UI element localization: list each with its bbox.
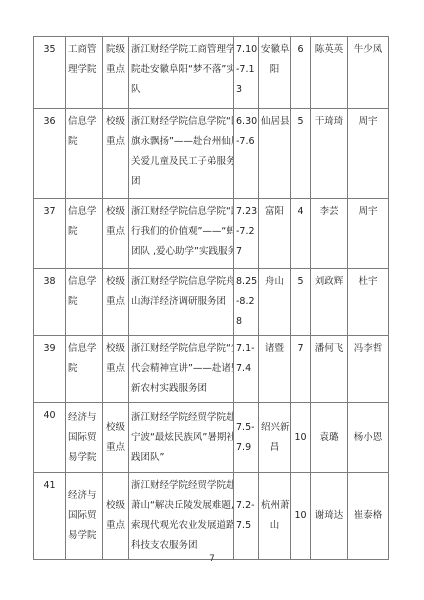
cell-line: 践团队” bbox=[131, 448, 231, 468]
level-cell: 校级重点 bbox=[103, 109, 129, 199]
cell-line: 院 bbox=[68, 292, 100, 312]
cell-line: 潘何飞 bbox=[313, 339, 345, 359]
cell-line: 周宇 bbox=[350, 112, 386, 132]
location-cell: 杭州萧山 bbox=[259, 473, 291, 560]
cell-line: 团 bbox=[131, 172, 231, 192]
member-count-cell: 6 bbox=[291, 37, 311, 109]
level-cell: 校级重点 bbox=[103, 336, 129, 403]
dates-cell: 7.10.-7.13 bbox=[234, 37, 259, 109]
row-number-cell: 36 bbox=[34, 109, 66, 199]
cell-line: 6.30 bbox=[236, 112, 256, 132]
level-cell: 校级重点 bbox=[103, 403, 129, 473]
cell-line: 浙江财经学院工商管理学 bbox=[131, 40, 231, 60]
cell-line: 校级 bbox=[105, 112, 126, 132]
table-row: 35工商管理学院院级重点浙江财经学院工商管理学院赴安徽阜阳“梦不落”实践队7.1… bbox=[34, 37, 389, 109]
team-name-cell: 浙江财经学院经贸学院赴萧山“解决丘陵发展难题,探索现代观光农业发展道路”科技支农… bbox=[129, 473, 234, 560]
cell-line: 谢琦达 bbox=[313, 506, 345, 526]
person2-cell: 崔泰格 bbox=[348, 473, 389, 560]
cell-line: 杨小恩 bbox=[350, 428, 386, 448]
cell-line: 校级 bbox=[105, 202, 126, 222]
table-row: 40经济与国际贸易学院校级重点浙江财经学院经贸学院赴宁波“最炫民族风”暑期社实践… bbox=[34, 403, 389, 473]
cell-line: 7.1- bbox=[236, 339, 256, 359]
cell-line: 38 bbox=[36, 272, 63, 292]
person1-cell: 袁璐 bbox=[311, 403, 348, 473]
row-number-cell: 35 bbox=[34, 37, 66, 109]
cell-line: 院级 bbox=[105, 40, 126, 60]
dates-cell: 8.25-8.28 bbox=[234, 269, 259, 336]
person2-cell: 冯李哲 bbox=[348, 336, 389, 403]
member-count-cell: 5 bbox=[291, 269, 311, 336]
cell-line: 信息学 bbox=[68, 272, 100, 292]
cell-line: -7.6 bbox=[236, 132, 256, 152]
cell-line: 重点 bbox=[105, 60, 126, 80]
cell-line: 袁璐 bbox=[313, 428, 345, 448]
cell-line: 浙江财经学院经贸学院赴 bbox=[131, 408, 231, 428]
team-name-cell: 浙江财经学院工商管理学院赴安徽阜阳“梦不落”实践队 bbox=[129, 37, 234, 109]
cell-line: 干琦琦 bbox=[313, 112, 345, 132]
college-cell: 信息学院 bbox=[66, 336, 103, 403]
cell-line: 舟山 bbox=[261, 272, 288, 292]
member-count-cell: 10 bbox=[291, 473, 311, 560]
cell-line: 39 bbox=[36, 339, 63, 359]
team-name-cell: 浙江财经学院信息学院“团旗永飘扬”——赴台州仙居关爱儿童及民工子弟服务团 bbox=[129, 109, 234, 199]
person1-cell: 干琦琦 bbox=[311, 109, 348, 199]
location-cell: 富阳 bbox=[259, 199, 291, 269]
cell-line: 7.10. bbox=[236, 40, 256, 60]
table-row: 37信息学院校级重点浙江财经学院信息学院“践行我们的价值观”——“蚂蚁团队 ,爱… bbox=[34, 199, 389, 269]
cell-line: 37 bbox=[36, 202, 63, 222]
cell-line: 40 bbox=[36, 406, 63, 426]
cell-line: 冯李哲 bbox=[350, 339, 386, 359]
table-row: 36信息学院校级重点浙江财经学院信息学院“团旗永飘扬”——赴台州仙居关爱儿童及民… bbox=[34, 109, 389, 199]
person2-cell: 周宇 bbox=[348, 199, 389, 269]
cell-line: 8 bbox=[236, 312, 256, 332]
person2-cell: 杜宇 bbox=[348, 269, 389, 336]
cell-line: 6 bbox=[293, 40, 308, 60]
member-count-cell: 10 bbox=[291, 403, 311, 473]
location-cell: 仙居县 bbox=[259, 109, 291, 199]
dates-cell: 7.2-7.5 bbox=[234, 473, 259, 560]
cell-line: 重点 bbox=[105, 132, 126, 152]
cell-line: 关爱儿童及民工子弟服务 bbox=[131, 152, 231, 172]
member-count-cell: 7 bbox=[291, 336, 311, 403]
cell-line: 浙江财经学院信息学院“团 bbox=[131, 112, 231, 132]
person1-cell: 潘何飞 bbox=[311, 336, 348, 403]
cell-line: 信息学 bbox=[68, 202, 100, 222]
cell-line: 36 bbox=[36, 112, 63, 132]
dates-cell: 7.1-7.4 bbox=[234, 336, 259, 403]
team-name-cell: 浙江财经学院经贸学院赴宁波“最炫民族风”暑期社实践团队” bbox=[129, 403, 234, 473]
cell-line: 7 bbox=[293, 339, 308, 359]
cell-line: 经济与 bbox=[68, 486, 100, 506]
cell-line: 5 bbox=[293, 272, 308, 292]
cell-line: 陈英英 bbox=[313, 40, 345, 60]
table-row: 41经济与国际贸易学院校级重点浙江财经学院经贸学院赴萧山“解决丘陵发展难题,探索… bbox=[34, 473, 389, 560]
cell-line: 院 bbox=[68, 132, 100, 152]
cell-line: 院 bbox=[68, 359, 100, 379]
level-cell: 校级重点 bbox=[103, 473, 129, 560]
cell-line: 新农村实践服务团 bbox=[131, 379, 231, 399]
cell-line: 理学院 bbox=[68, 60, 100, 80]
location-cell: 舟山 bbox=[259, 269, 291, 336]
cell-line: 7.4 bbox=[236, 359, 256, 379]
cell-line: 富阳 bbox=[261, 202, 288, 222]
cell-line: 院赴安徽阜阳“梦不落”实践 bbox=[131, 60, 231, 80]
cell-line: 7 bbox=[236, 242, 256, 262]
cell-line: 重点 bbox=[105, 292, 126, 312]
cell-line: 队 bbox=[131, 80, 231, 100]
cell-line: 仙居县 bbox=[261, 112, 288, 132]
level-cell: 校级重点 bbox=[103, 199, 129, 269]
cell-line: 浙江财经学院经贸学院赴 bbox=[131, 476, 231, 496]
college-cell: 工商管理学院 bbox=[66, 37, 103, 109]
college-cell: 经济与国际贸易学院 bbox=[66, 473, 103, 560]
team-name-cell: 浙江财经学院信息学院舟山海洋经济调研服务团 bbox=[129, 269, 234, 336]
college-cell: 信息学院 bbox=[66, 199, 103, 269]
cell-line: 信息学 bbox=[68, 112, 100, 132]
dates-cell: 6.30-7.6 bbox=[234, 109, 259, 199]
level-cell: 校级重点 bbox=[103, 269, 129, 336]
cell-line: 信息学 bbox=[68, 339, 100, 359]
cell-line: 经济与 bbox=[68, 408, 100, 428]
cell-line: 7.2- bbox=[236, 496, 256, 516]
cell-line: 重点 bbox=[105, 359, 126, 379]
team-name-cell: 浙江财经学院信息学院“党代会精神宣讲”——赴诸暨新农村实践服务团 bbox=[129, 336, 234, 403]
document-page: 35工商管理学院院级重点浙江财经学院工商管理学院赴安徽阜阳“梦不落”实践队7.1… bbox=[0, 0, 424, 600]
cell-line: 7.5- bbox=[236, 418, 256, 438]
cell-line: 科技支农服务团 bbox=[131, 536, 231, 556]
cell-line: 杭州萧 bbox=[261, 496, 288, 516]
cell-line: 诸暨 bbox=[261, 339, 288, 359]
cell-line: 7.23 bbox=[236, 202, 256, 222]
cell-line: 校级 bbox=[105, 339, 126, 359]
cell-line: 7.5 bbox=[236, 516, 256, 536]
location-cell: 诸暨 bbox=[259, 336, 291, 403]
cell-line: 刘政辉 bbox=[313, 272, 345, 292]
cell-line: 重点 bbox=[105, 516, 126, 536]
cell-line: 4 bbox=[293, 202, 308, 222]
cell-line: 5 bbox=[293, 112, 308, 132]
teams-table: 35工商管理学院院级重点浙江财经学院工商管理学院赴安徽阜阳“梦不落”实践队7.1… bbox=[33, 36, 389, 560]
cell-line: 崔泰格 bbox=[350, 506, 386, 526]
cell-line: 浙江财经学院信息学院舟 bbox=[131, 272, 231, 292]
row-number-cell: 38 bbox=[34, 269, 66, 336]
member-count-cell: 5 bbox=[291, 109, 311, 199]
college-cell: 信息学院 bbox=[66, 109, 103, 199]
college-cell: 经济与国际贸易学院 bbox=[66, 403, 103, 473]
person1-cell: 李芸 bbox=[311, 199, 348, 269]
team-name-cell: 浙江财经学院信息学院“践行我们的价值观”——“蚂蚁团队 ,爱心助学”实践服务团 bbox=[129, 199, 234, 269]
cell-line: 国际贸 bbox=[68, 428, 100, 448]
cell-line: 阳 bbox=[261, 60, 288, 80]
cell-line: 工商管 bbox=[68, 40, 100, 60]
person2-cell: 杨小恩 bbox=[348, 403, 389, 473]
row-number-cell: 39 bbox=[34, 336, 66, 403]
person1-cell: 陈英英 bbox=[311, 37, 348, 109]
table-row: 39信息学院校级重点浙江财经学院信息学院“党代会精神宣讲”——赴诸暨新农村实践服… bbox=[34, 336, 389, 403]
cell-line: 3 bbox=[236, 80, 256, 100]
cell-line: 易学院 bbox=[68, 448, 100, 468]
cell-line: -7.2 bbox=[236, 222, 256, 242]
person2-cell: 牛少凤 bbox=[348, 37, 389, 109]
cell-line: -8.2 bbox=[236, 292, 256, 312]
cell-line: 绍兴新 bbox=[261, 418, 288, 438]
cell-line: 8.25 bbox=[236, 272, 256, 292]
cell-line: 浙江财经学院信息学院“党 bbox=[131, 339, 231, 359]
cell-line: 35 bbox=[36, 40, 63, 60]
level-cell: 院级重点 bbox=[103, 37, 129, 109]
cell-line: 7.9 bbox=[236, 438, 256, 458]
page-number: 7 bbox=[0, 554, 424, 564]
cell-line: 代会精神宣讲”——赴诸暨 bbox=[131, 359, 231, 379]
cell-line: 团队 ,爱心助学”实践服务团 bbox=[131, 242, 231, 262]
cell-line: 行我们的价值观”——“蚂蚁 bbox=[131, 222, 231, 242]
cell-line: 易学院 bbox=[68, 526, 100, 546]
dates-cell: 7.23-7.27 bbox=[234, 199, 259, 269]
member-count-cell: 4 bbox=[291, 199, 311, 269]
cell-line: 重点 bbox=[105, 438, 126, 458]
dates-cell: 7.5-7.9 bbox=[234, 403, 259, 473]
cell-line: 李芸 bbox=[313, 202, 345, 222]
cell-line: 索现代观光农业发展道路” bbox=[131, 516, 231, 536]
cell-line: 旗永飘扬”——赴台州仙居 bbox=[131, 132, 231, 152]
table-row: 38信息学院校级重点浙江财经学院信息学院舟山海洋经济调研服务团8.25-8.28… bbox=[34, 269, 389, 336]
cell-line: 宁波“最炫民族风”暑期社实 bbox=[131, 428, 231, 448]
person2-cell: 周宇 bbox=[348, 109, 389, 199]
cell-line: 周宇 bbox=[350, 202, 386, 222]
person1-cell: 谢琦达 bbox=[311, 473, 348, 560]
cell-line: 山 bbox=[261, 516, 288, 536]
row-number-cell: 37 bbox=[34, 199, 66, 269]
row-number-cell: 41 bbox=[34, 473, 66, 560]
cell-line: 浙江财经学院信息学院“践 bbox=[131, 202, 231, 222]
cell-line: 萧山“解决丘陵发展难题,探 bbox=[131, 496, 231, 516]
cell-line: 41 bbox=[36, 476, 63, 496]
cell-line: 山海洋经济调研服务团 bbox=[131, 292, 231, 312]
cell-line: 牛少凤 bbox=[350, 40, 386, 60]
college-cell: 信息学院 bbox=[66, 269, 103, 336]
location-cell: 绍兴新昌 bbox=[259, 403, 291, 473]
cell-line: 昌 bbox=[261, 438, 288, 458]
cell-line: -7.1 bbox=[236, 60, 256, 80]
person1-cell: 刘政辉 bbox=[311, 269, 348, 336]
location-cell: 安徽阜阳 bbox=[259, 37, 291, 109]
cell-line: 重点 bbox=[105, 222, 126, 242]
cell-line: 校级 bbox=[105, 272, 126, 292]
cell-line: 安徽阜 bbox=[261, 40, 288, 60]
cell-line: 校级 bbox=[105, 496, 126, 516]
cell-line: 院 bbox=[68, 222, 100, 242]
cell-line: 10 bbox=[293, 506, 308, 526]
cell-line: 10 bbox=[293, 428, 308, 448]
cell-line: 国际贸 bbox=[68, 506, 100, 526]
cell-line: 杜宇 bbox=[350, 272, 386, 292]
row-number-cell: 40 bbox=[34, 403, 66, 473]
cell-line: 校级 bbox=[105, 418, 126, 438]
